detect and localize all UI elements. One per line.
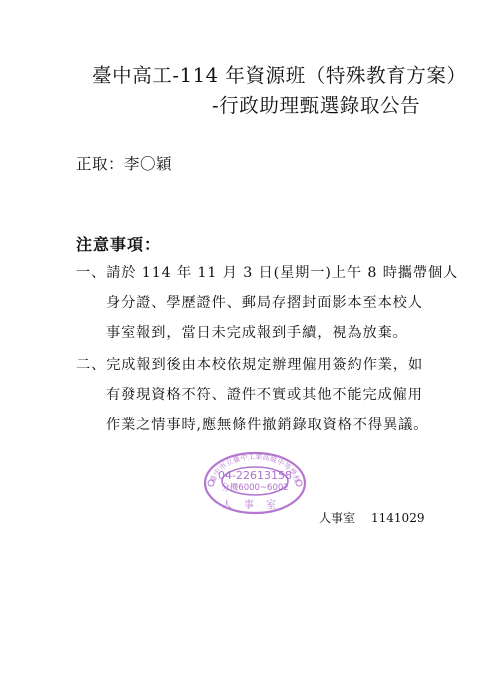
admitted-name: 李〇穎	[124, 155, 172, 173]
signature-date: 1141029	[371, 511, 424, 525]
svg-text:人事室: 人事室	[222, 498, 288, 511]
note-line: 有發現資格不符、證件不實或其他不能完成僱用	[76, 380, 428, 410]
signature-line: 人事室1141029	[319, 509, 424, 526]
page-title: 臺中高工-114 年資源班（特殊教育方案）	[92, 60, 467, 88]
svg-text:分機6000~6002: 分機6000~6002	[221, 482, 288, 493]
admitted-candidate: 正取：李〇穎	[76, 152, 172, 174]
admitted-label: 正取：	[76, 155, 124, 173]
seal-icon: 臺中市立臺中工業高級中等學校 04-22613158 分機6000~6002 人…	[203, 451, 307, 515]
notes-heading: 注意事項：	[76, 232, 161, 255]
page-subtitle: -行政助理甄選錄取公告	[212, 90, 420, 118]
svg-text:04-22613158: 04-22613158	[218, 469, 292, 482]
note-number: 二、	[76, 357, 106, 373]
signature-office: 人事室	[319, 511, 355, 525]
note-text: 請於 114 年 11 月 3 日(星期一)上午 8 時攜帶個人	[106, 265, 458, 281]
note-text: 完成報到後由本校依規定辦理僱用簽約作業，如	[106, 357, 423, 373]
note-number: 一、	[76, 265, 106, 281]
document-page: 臺中高工-114 年資源班（特殊教育方案） -行政助理甄選錄取公告 正取：李〇穎…	[0, 0, 495, 700]
note-item-1: 一、請於 114 年 11 月 3 日(星期一)上午 8 時攜帶個人 身分證、學…	[76, 258, 458, 348]
note-line: 二、完成報到後由本校依規定辦理僱用簽約作業，如	[76, 350, 428, 380]
official-seal-stamp: 臺中市立臺中工業高級中等學校 04-22613158 分機6000~6002 人…	[203, 451, 307, 515]
note-line: 一、請於 114 年 11 月 3 日(星期一)上午 8 時攜帶個人	[76, 258, 458, 288]
note-line: 身分證、學歷證件、郵局存摺封面影本至本校人	[76, 288, 458, 318]
note-item-2: 二、完成報到後由本校依規定辦理僱用簽約作業，如 有發現資格不符、證件不實或其他不…	[76, 350, 428, 440]
note-line: 事室報到，當日未完成報到手續，視為放棄。	[76, 318, 458, 348]
note-line: 作業之情事時,應無條件撤銷錄取資格不得異議。	[76, 410, 428, 440]
